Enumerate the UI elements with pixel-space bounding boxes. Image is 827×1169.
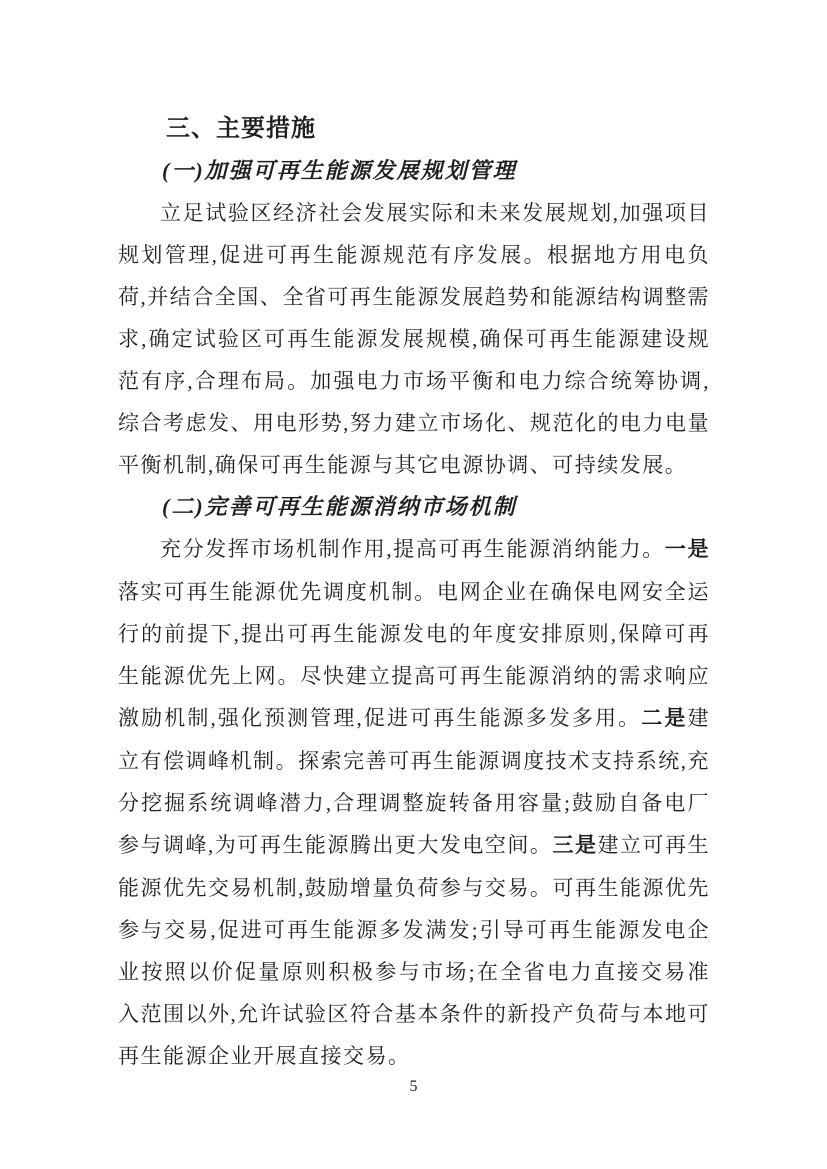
page-number: 5: [410, 1078, 418, 1095]
emphasis-marker: 二是: [641, 707, 687, 730]
body-text: 立足试验区经济社会发展实际和未来发展规划,加强项目规划管理,促进可再生能源规范有…: [118, 201, 710, 477]
body-text: 落实可再生能源优先调度机制。电网企业在确保电网安全运行的前提下,提出可再生能源发…: [118, 580, 710, 730]
body-text: 充分发挥市场机制作用,提高可再生能源消纳能力。: [160, 537, 665, 561]
document-page: 三、主要措施 (一)加强可再生能源发展规划管理 立足试验区经济社会发展实际和未来…: [0, 0, 827, 1169]
subsection-1-paragraph: 立足试验区经济社会发展实际和未来发展规划,加强项目规划管理,促进可再生能源规范有…: [118, 192, 710, 486]
document-body: 三、主要措施 (一)加强可再生能源发展规划管理 立足试验区经济社会发展实际和未来…: [118, 108, 710, 1077]
emphasis-marker: 一是: [665, 538, 710, 561]
subsection-2-paragraph: 充分发挥市场机制作用,提高可再生能源消纳能力。一是落实可再生能源优先调度机制。电…: [118, 528, 710, 1077]
page-footer: 5: [0, 1076, 827, 1098]
body-text: 建立可再生能源优先交易机制,鼓励增量负荷参与交易。可再生能源优先参与交易,促进可…: [118, 833, 710, 1068]
emphasis-marker: 三是: [552, 834, 597, 857]
subsection-1-heading: (一)加强可再生能源发展规划管理: [118, 150, 710, 192]
section-heading: 三、主要措施: [118, 108, 710, 150]
subsection-2-heading: (二)完善可再生能源消纳市场机制: [118, 486, 710, 528]
